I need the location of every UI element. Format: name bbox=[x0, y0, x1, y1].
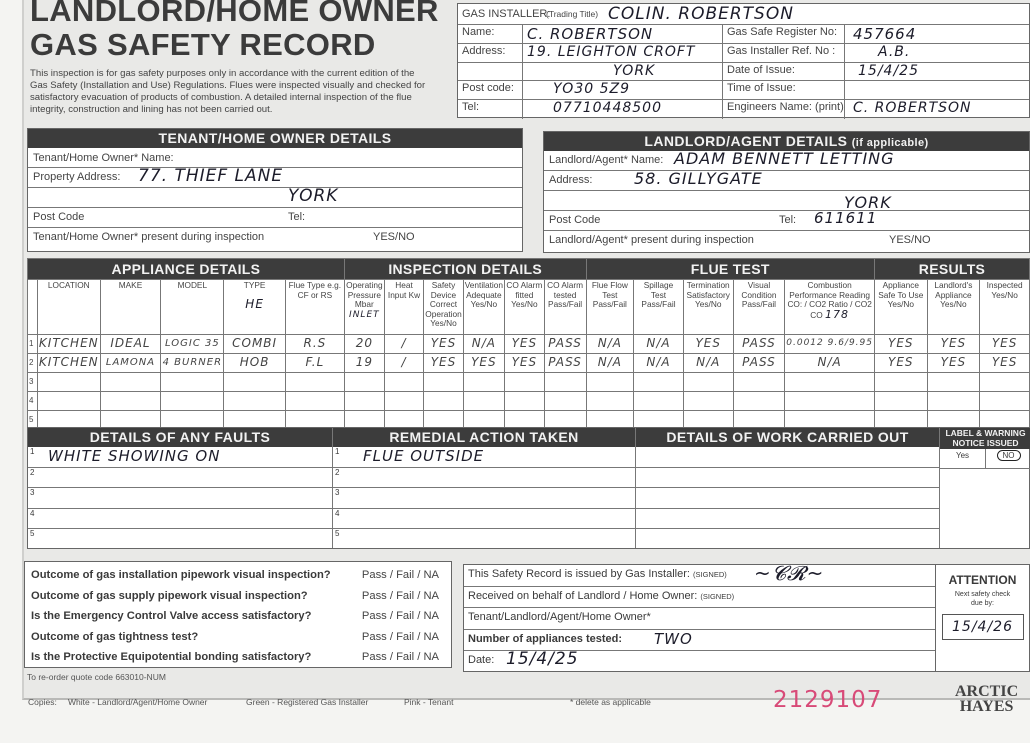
outcome-row: Outcome of gas installation pipework vis… bbox=[31, 565, 445, 586]
table-row: 1 KITCHEN IDEAL LOGIC 35 COMBI R.S 20 / … bbox=[28, 335, 1030, 354]
engineer-name-field[interactable]: C. ROBERTSON bbox=[853, 100, 972, 116]
col-termination: Termination Satisfactory Yes/No bbox=[683, 280, 733, 335]
outcome-row: Outcome of gas tightness test?Pass / Fai… bbox=[31, 627, 445, 648]
work-carried-out-column: DETAILS OF WORK CARRIED OUT bbox=[636, 428, 940, 548]
col-inspected: Inspected Yes/No bbox=[980, 280, 1030, 335]
signature-box: This Safety Record is issued by Gas Inst… bbox=[463, 564, 936, 672]
installer-address-line2[interactable]: YORK bbox=[523, 63, 723, 81]
property-address-line2[interactable]: YORK bbox=[288, 186, 338, 206]
installer-ref-field[interactable]: A.B. bbox=[878, 44, 910, 60]
installer-address-line1[interactable]: 19. LEIGHTON CROFT bbox=[523, 44, 723, 62]
col-heat-input: Heat Input Kw bbox=[384, 280, 423, 335]
appliances-tested-field[interactable]: TWO bbox=[654, 630, 693, 648]
tenant-details-box: TENANT/HOME OWNER DETAILS Tenant/Home Ow… bbox=[27, 128, 523, 252]
tel-row: Tel: 07710448500 Engineers Name: (print)… bbox=[458, 100, 1029, 119]
tenant-present-yes-no[interactable]: YES/NO bbox=[373, 231, 415, 243]
copies-label: Copies: bbox=[28, 697, 57, 707]
installer-signature[interactable]: ~𝓒𝓡~ bbox=[754, 561, 824, 585]
trading-title-field[interactable]: COLIN. ROBERTSON bbox=[608, 4, 794, 24]
table-row: 4 bbox=[28, 392, 1030, 411]
landlord-address-row: Address: 58. GILLYGATE bbox=[544, 171, 1029, 191]
label-warning-column: LABEL & WARNING NOTICE ISSUED Yes NO bbox=[940, 428, 1030, 548]
installer-postcode-field[interactable]: YO30 5Z9 bbox=[523, 81, 723, 99]
copy-green: Green - Registered Gas Installer bbox=[246, 697, 368, 707]
col-spillage: Spillage Test Pass/Fail bbox=[634, 280, 684, 335]
installer-tel-field[interactable]: 07710448500 bbox=[523, 100, 723, 119]
title-line-1: LANDLORD/HOME OWNER bbox=[30, 0, 439, 28]
date-row: Date: 15/4/25 bbox=[464, 651, 935, 673]
title-line-2: GAS SAFETY RECORD bbox=[30, 28, 439, 62]
tenant-heading: TENANT/HOME OWNER DETAILS bbox=[28, 129, 522, 148]
col-operating-pressure: Operating Pressure MbarINLET bbox=[344, 280, 384, 335]
table-row: 3 bbox=[28, 373, 1030, 392]
landlord-present-row: Landlord/Agent* present during inspectio… bbox=[544, 231, 1029, 251]
col-make: MAKE bbox=[100, 280, 161, 335]
attention-box: ATTENTION Next safety check due by: 15/4… bbox=[936, 564, 1030, 672]
landlord-name-field[interactable]: ADAM BENNETT LETTING bbox=[674, 149, 895, 168]
installer-name-field[interactable]: C. ROBERTSON bbox=[523, 25, 723, 43]
landlord-address-row-2: YORK bbox=[544, 191, 1029, 211]
outcome-questions: Outcome of gas installation pipework vis… bbox=[24, 561, 452, 668]
serial-number: 2129107 bbox=[773, 687, 882, 713]
col-co-alarm-tested: CO Alarm tested Pass/Fail bbox=[544, 280, 586, 335]
col-model: MODEL bbox=[161, 280, 224, 335]
col-co-alarm-fitted: CO Alarm fitted Yes/No bbox=[505, 280, 545, 335]
group-inspection-details: INSPECTION DETAILS bbox=[344, 259, 586, 280]
gas-safe-number-field[interactable]: 457664 bbox=[853, 25, 916, 43]
intro-text: This inspection is for gas safety purpos… bbox=[30, 68, 430, 116]
col-safe-to-use: Appliance Safe To Use Yes/No bbox=[875, 280, 928, 335]
trading-title-row: GAS INSTALLER: (Trading Title) COLIN. RO… bbox=[458, 4, 1029, 25]
landlord-name-row: Landlord/Agent* Name: ADAM BENNETT LETTI… bbox=[544, 151, 1029, 171]
fault-line-1[interactable]: WHITE SHOWING ON bbox=[48, 447, 220, 465]
signed-date-field[interactable]: 15/4/25 bbox=[506, 649, 579, 669]
reorder-code: To re-order quote code 663010-NUM bbox=[27, 672, 166, 682]
landlord-details-box: LANDLORD/AGENT DETAILS (if applicable) L… bbox=[543, 131, 1030, 253]
outcome-row: Outcome of gas supply pipework visual in… bbox=[31, 586, 445, 607]
remedial-column: REMEDIAL ACTION TAKEN 1FLUE OUTSIDE 2345 bbox=[333, 428, 636, 548]
date-of-issue-field[interactable]: 15/4/25 bbox=[858, 63, 919, 79]
tenant-name-row: Tenant/Home Owner* Name: bbox=[28, 148, 522, 168]
issued-by-row: This Safety Record is issued by Gas Inst… bbox=[464, 565, 935, 587]
col-ventilation: Ventilation Adequate Yes/No bbox=[463, 280, 504, 335]
appliance-table: APPLIANCE DETAILS INSPECTION DETAILS FLU… bbox=[27, 258, 1030, 430]
page-title: LANDLORD/HOME OWNER GAS SAFETY RECORD bbox=[30, 0, 439, 62]
copy-pink: Pink - Tenant bbox=[404, 697, 453, 707]
col-flue-type: Flue Type e.g. CF or RS bbox=[285, 280, 344, 335]
copy-white: White - Landlord/Agent/Home Owner bbox=[68, 697, 207, 707]
property-address-line1[interactable]: 77. THIEF LANE bbox=[138, 166, 283, 186]
landlord-present-yes-no[interactable]: YES/NO bbox=[889, 234, 931, 246]
col-visual-condition: Visual Condition Pass/Fail bbox=[733, 280, 785, 335]
tenant-present-row: Tenant/Home Owner* present during inspec… bbox=[28, 228, 522, 248]
appliances-tested-row: Number of appliances tested: TWO bbox=[464, 630, 935, 652]
label-no[interactable]: NO bbox=[986, 449, 1030, 468]
landlord-address-line1[interactable]: 58. GILLYGATE bbox=[634, 169, 763, 188]
col-location: LOCATION bbox=[37, 280, 100, 335]
faults-column: DETAILS OF ANY FAULTS 1WHITE SHOWING ON … bbox=[28, 428, 333, 548]
property-address-row: Property Address: 77. THIEF LANE bbox=[28, 168, 522, 188]
address-row: Address: 19. LEIGHTON CROFT Gas Installe… bbox=[458, 44, 1029, 63]
brand-logo: ARCTIC HAYES bbox=[955, 684, 1018, 714]
landlord-postcode-row: Post Code Tel: 611611 bbox=[544, 211, 1029, 231]
role-row: Tenant/Landlord/Agent/Home Owner* bbox=[464, 608, 935, 630]
tenant-postcode-row: Post Code Tel: bbox=[28, 208, 522, 228]
outcome-row: Is the Protective Equipotential bonding … bbox=[31, 647, 445, 668]
faults-section: DETAILS OF ANY FAULTS 1WHITE SHOWING ON … bbox=[27, 427, 1030, 549]
col-landlords-appliance: Landlord's Appliance Yes/No bbox=[927, 280, 980, 335]
col-type: TYPEHE bbox=[224, 280, 286, 335]
property-address-row-2: YORK bbox=[28, 188, 522, 208]
group-flue-test: FLUE TEST bbox=[586, 259, 874, 280]
name-row: Name: C. ROBERTSON Gas Safe Register No:… bbox=[458, 25, 1029, 44]
delete-note: * delete as applicable bbox=[570, 697, 651, 707]
group-appliance-details: APPLIANCE DETAILS bbox=[28, 259, 345, 280]
address-row-2: YORK Date of Issue: 15/4/25 bbox=[458, 63, 1029, 82]
postcode-row: Post code: YO30 5Z9 Time of Issue: bbox=[458, 81, 1029, 100]
col-safety-device: Safety Device Correct Operation Yes/No bbox=[424, 280, 463, 335]
col-flue-flow: Flue Flow Test Pass/Fail bbox=[586, 280, 634, 335]
table-row: 2 KITCHEN LAMONA 4 BURNER HOB F.L 19 / Y… bbox=[28, 354, 1030, 373]
landlord-tel-field[interactable]: 611611 bbox=[814, 209, 877, 227]
group-results: RESULTS bbox=[875, 259, 1030, 280]
received-by-row: Received on behalf of Landlord / Home Ow… bbox=[464, 587, 935, 609]
gas-installer-box: GAS INSTALLER: (Trading Title) COLIN. RO… bbox=[457, 3, 1030, 118]
next-check-date-field[interactable]: 15/4/26 bbox=[942, 614, 1024, 640]
col-combustion: Combustion Performance Reading CO: / CO2… bbox=[785, 280, 875, 335]
outcome-row: Is the Emergency Control Valve access sa… bbox=[31, 606, 445, 627]
remedial-line-1[interactable]: FLUE OUTSIDE bbox=[363, 447, 484, 465]
label-yes[interactable]: Yes bbox=[940, 449, 986, 468]
